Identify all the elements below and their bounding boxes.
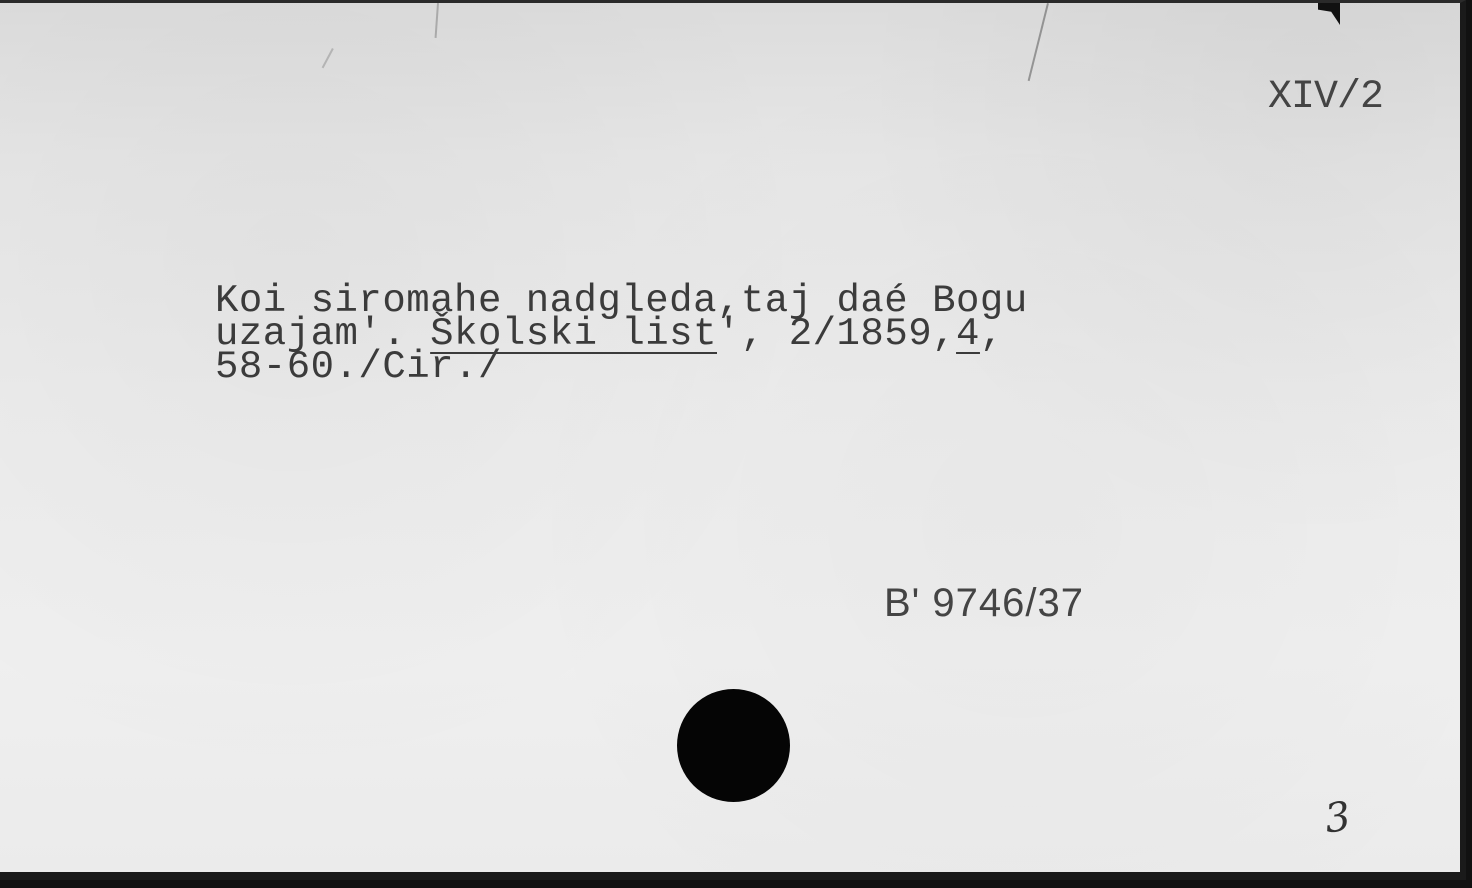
card-corner-notch (1318, 3, 1340, 25)
classmark: XIV/2 (1268, 75, 1383, 120)
punch-hole-icon (677, 689, 790, 802)
handwritten-note: 3 (1322, 793, 1354, 842)
paper-crease (322, 48, 334, 68)
issue-number: 4 (956, 312, 980, 356)
entry-line-2-end: , (980, 312, 1004, 356)
paper-crease (1028, 3, 1049, 81)
bibliographic-entry: Koi siromahe nadgleda,taj daé Bogu uzaja… (215, 285, 1028, 384)
catalog-card: XIV/2 Koi siromahe nadgleda,taj daé Bogu… (0, 0, 1466, 880)
entry-line-3: 58-60./Cir./ (215, 345, 502, 389)
entry-line-2-suffix: ', 2/1859, (717, 312, 956, 356)
call-number: B' 9746/37 (884, 581, 1084, 626)
paper-crease (435, 3, 439, 38)
